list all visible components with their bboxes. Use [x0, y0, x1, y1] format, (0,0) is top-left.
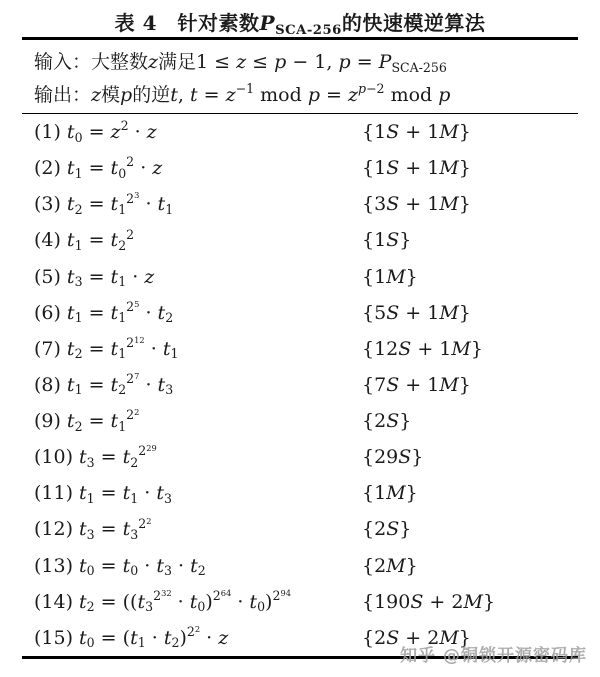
step-cost: {1S + 1M}: [362, 121, 600, 143]
step-expression: t0 = (t1 · t2)22 · z: [79, 627, 228, 649]
step-expression: t0 = t0 · t3 · t2: [79, 555, 206, 577]
step-number: (11): [34, 482, 73, 504]
table-row: (10)t3 = t2229 {29S}: [0, 439, 600, 475]
table-row: (3)t2 = t123 · t1 {3S + 1M}: [0, 186, 600, 222]
step-cost: {3S + 1M}: [362, 193, 600, 215]
algorithm-steps: (1)t0 = z2 · z {1S + 1M} (2)t1 = t02 · z…: [0, 114, 600, 656]
table-row: (2)t1 = t02 · z {1S + 1M}: [0, 150, 600, 186]
step-number: (9): [34, 410, 61, 432]
table-row: (4)t1 = t22 {1S}: [0, 222, 600, 258]
step-number: (4): [34, 229, 61, 251]
step-expression: t3 = t322: [79, 518, 152, 540]
step-expression: t1 = t22: [67, 229, 134, 251]
table-row: (9)t2 = t122 {2S}: [0, 403, 600, 439]
step-expression: t2 = t122: [67, 410, 140, 432]
step-number: (12): [34, 518, 73, 540]
step-cost: {1S + 1M}: [362, 157, 600, 179]
table-row: (13)t0 = t0 · t3 · t2 {2M}: [0, 548, 600, 584]
step-cost: {190S + 2M}: [362, 591, 600, 613]
watermark: 知乎 @铜锁开源密码库: [400, 641, 587, 666]
step-expression: t1 = t125 · t2: [67, 302, 173, 324]
step-cost: {1M}: [362, 482, 600, 504]
step-number: (2): [34, 157, 61, 179]
step-formula: (3)t2 = t123 · t1: [0, 193, 362, 215]
step-cost: {7S + 1M}: [362, 374, 600, 396]
step-expression: t3 = t2229: [79, 446, 157, 468]
step-number: (13): [34, 555, 73, 577]
step-number: (1): [34, 121, 61, 143]
step-cost: {12S + 1M}: [362, 338, 600, 360]
table-row: (6)t1 = t125 · t2 {5S + 1M}: [0, 295, 600, 331]
step-formula: (4)t1 = t22: [0, 229, 362, 251]
table-row: (14)t2 = ((t3232 · t0)264 · t0)294 {190S…: [0, 584, 600, 620]
table-row: (8)t1 = t227 · t3 {7S + 1M}: [0, 367, 600, 403]
step-expression: t3 = t1 · z: [67, 266, 154, 288]
step-number: (7): [34, 338, 61, 360]
step-formula: (1)t0 = z2 · z: [0, 121, 362, 143]
table-row: (5)t3 = t1 · z {1M}: [0, 259, 600, 295]
step-cost: {2S}: [362, 410, 600, 432]
paper-table-figure: 表 4 针对素数PSCA-256的快速模逆算法 输入：大整数z满足1 ≤ z ≤…: [0, 0, 600, 677]
step-formula: (9)t2 = t122: [0, 410, 362, 432]
step-expression: t0 = z2 · z: [67, 121, 157, 143]
step-cost: {1M}: [362, 266, 600, 288]
step-expression: t1 = t1 · t3: [79, 482, 172, 504]
input-line: 输入：大整数z满足1 ≤ z ≤ p − 1, p = PSCA-256: [0, 46, 600, 79]
step-formula: (8)t1 = t227 · t3: [0, 374, 362, 396]
step-formula: (7)t2 = t1212 · t1: [0, 338, 362, 360]
table-row: (1)t0 = z2 · z {1S + 1M}: [0, 114, 600, 150]
step-expression: t1 = t227 · t3: [67, 374, 173, 396]
step-number: (10): [34, 446, 73, 468]
step-cost: {1S}: [362, 229, 600, 251]
step-formula: (5)t3 = t1 · z: [0, 266, 362, 288]
step-cost: {5S + 1M}: [362, 302, 600, 324]
step-formula: (12)t3 = t322: [0, 518, 362, 540]
output-line: 输出：z模p的逆t, t = z−1 mod p = zp−2 mod p: [0, 79, 600, 112]
step-number: (5): [34, 266, 61, 288]
step-number: (15): [34, 627, 73, 649]
step-number: (6): [34, 302, 61, 324]
step-number: (3): [34, 193, 61, 215]
table-caption: 表 4 针对素数PSCA-256的快速模逆算法: [0, 0, 600, 37]
step-formula: (10)t3 = t2229: [0, 446, 362, 468]
step-cost: {2M}: [362, 555, 600, 577]
table-row: (7)t2 = t1212 · t1 {12S + 1M}: [0, 331, 600, 367]
step-formula: (6)t1 = t125 · t2: [0, 302, 362, 324]
step-expression: t2 = t1212 · t1: [67, 338, 179, 360]
table-row: (11)t1 = t1 · t3 {1M}: [0, 475, 600, 511]
step-formula: (13)t0 = t0 · t3 · t2: [0, 555, 362, 577]
step-number: (14): [34, 591, 73, 613]
step-number: (8): [34, 374, 61, 396]
io-block: 输入：大整数z满足1 ≤ z ≤ p − 1, p = PSCA-256 输出：…: [0, 40, 600, 113]
step-expression: t2 = ((t3232 · t0)264 · t0)294: [79, 591, 291, 613]
step-formula: (2)t1 = t02 · z: [0, 157, 362, 179]
step-formula: (11)t1 = t1 · t3: [0, 482, 362, 504]
step-formula: (14)t2 = ((t3232 · t0)264 · t0)294: [0, 591, 362, 613]
table-row: (12)t3 = t322 {2S}: [0, 511, 600, 547]
step-cost: {2S}: [362, 518, 600, 540]
step-expression: t1 = t02 · z: [67, 157, 162, 179]
step-formula: (15)t0 = (t1 · t2)22 · z: [0, 627, 362, 649]
step-cost: {29S}: [362, 446, 600, 468]
step-expression: t2 = t123 · t1: [67, 193, 173, 215]
